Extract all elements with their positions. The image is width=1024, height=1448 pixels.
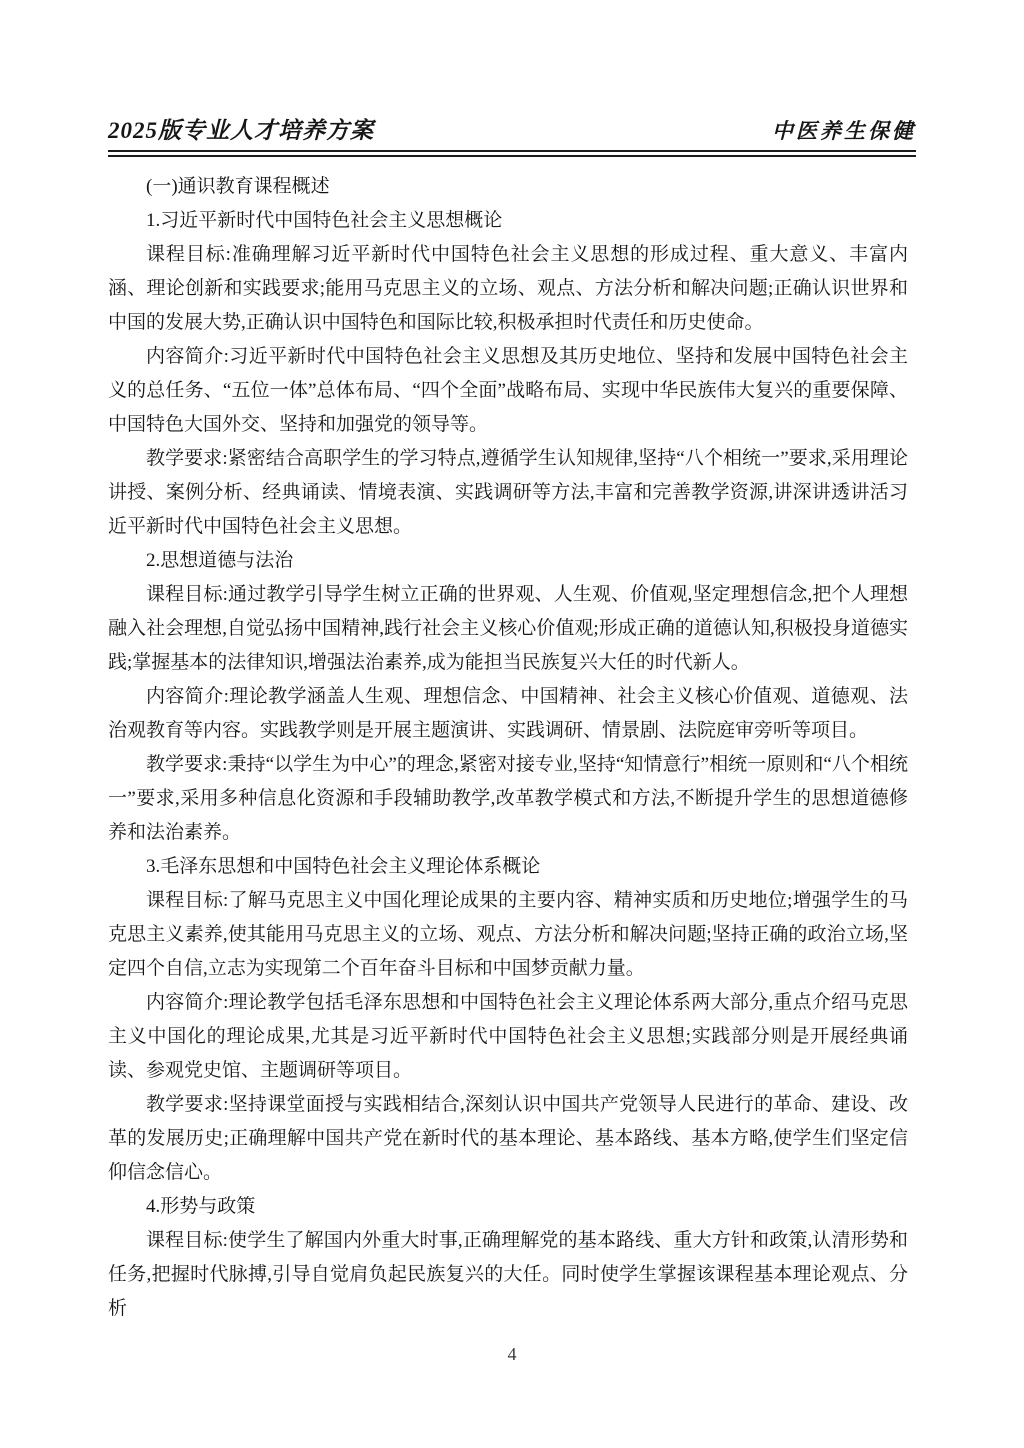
course3-summary-paragraph: 内容简介:理论教学包括毛泽东思想和中国特色社会主义理论体系两大部分,重点介绍马克… — [108, 986, 908, 1088]
course1-objectives-paragraph: 课程目标:准确理解习近平新时代中国特色社会主义思想的形成过程、重大意义、丰富内涵… — [108, 238, 908, 340]
course1-teaching-requirements-paragraph: 教学要求:紧密结合高职学生的学习特点,遵循学生认知规律,坚持“八个相统一”要求,… — [108, 442, 908, 544]
course2-teaching-requirements-paragraph: 教学要求:秉持“以学生为中心”的理念,紧密对接专业,坚持“知情意行”相统一原则和… — [108, 748, 908, 850]
course3-teaching-requirements-paragraph: 教学要求:坚持课堂面授与实践相结合,深刻认识中国共产党领导人民进行的革命、建设、… — [108, 1088, 908, 1190]
document-body: (一)通识教育课程概述 1.习近平新时代中国特色社会主义思想概论 课程目标:准确… — [108, 170, 908, 1326]
header-left-title: 2025版专业人才培养方案 — [108, 112, 374, 145]
page-footer: 4 — [0, 1344, 1024, 1365]
section-heading-general-education: (一)通识教育课程概述 — [108, 170, 908, 204]
header-right-title: 中医养生保健 — [772, 115, 916, 145]
page-number: 4 — [508, 1344, 517, 1364]
course1-summary-paragraph: 内容简介:习近平新时代中国特色社会主义思想及其历史地位、坚持和发展中国特色社会主… — [108, 340, 908, 442]
course2-summary-paragraph: 内容简介:理论教学涵盖人生观、理想信念、中国精神、社会主义核心价值观、道德观、法… — [108, 680, 908, 748]
course-title-2: 2.思想道德与法治 — [108, 544, 908, 578]
course3-objectives-paragraph: 课程目标:了解马克思主义中国化理论成果的主要内容、精神实质和历史地位;增强学生的… — [108, 884, 908, 986]
page-header: 2025版专业人才培养方案 中医养生保健 — [108, 112, 916, 157]
course-title-1: 1.习近平新时代中国特色社会主义思想概论 — [108, 204, 908, 238]
course2-objectives-paragraph: 课程目标:通过教学引导学生树立正确的世界观、人生观、价值观,坚定理想信念,把个人… — [108, 578, 908, 680]
course-title-4: 4.形势与政策 — [108, 1190, 908, 1224]
course4-objectives-paragraph: 课程目标:使学生了解国内外重大时事,正确理解党的基本路线、重大方针和政策,认清形… — [108, 1224, 908, 1326]
header-double-rule — [108, 150, 916, 157]
header-row: 2025版专业人才培养方案 中医养生保健 — [108, 112, 916, 145]
document-page: 2025版专业人才培养方案 中医养生保健 (一)通识教育课程概述 1.习近平新时… — [0, 0, 1024, 1448]
course-title-3: 3.毛泽东思想和中国特色社会主义理论体系概论 — [108, 850, 908, 884]
